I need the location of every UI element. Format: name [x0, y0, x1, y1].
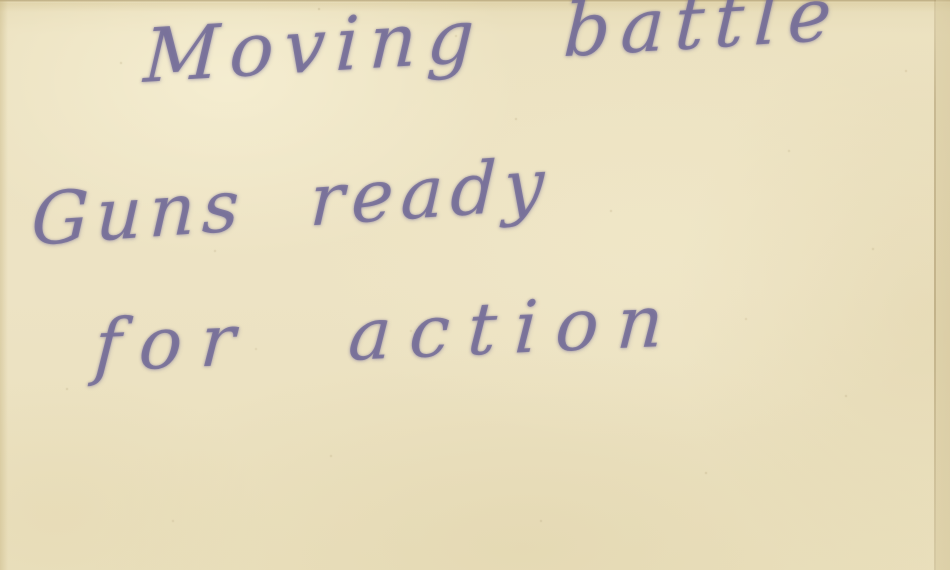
handwriting-line-1: Moving battle: [142, 0, 843, 100]
paper-left-edge: [0, 0, 8, 570]
scanned-handwritten-note: Moving battle Guns ready for action: [0, 0, 950, 570]
paper-right-edge-strip: [936, 0, 950, 570]
handwriting-line-2: Guns ready: [30, 141, 552, 262]
handwriting-line-3: for action: [92, 278, 684, 388]
